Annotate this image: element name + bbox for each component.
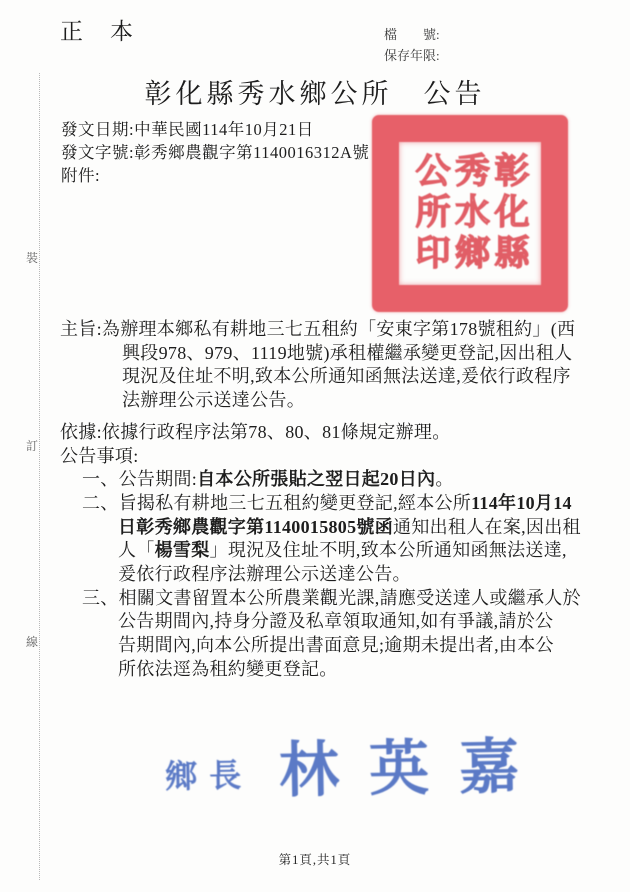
- page-title: 彰化縣秀水鄉公所 公告: [0, 72, 630, 111]
- mayor-name: 林英嘉: [278, 719, 549, 810]
- doc-line: 依據:依據行政程序法第78、80、81條規定辦理。: [60, 421, 594, 445]
- block-item1: 一、公告期間:自本公所張貼之翌日起20日內。: [60, 468, 594, 492]
- issue-date-label: 發文日期:: [61, 120, 134, 139]
- block-item2: 二、旨揭私有耕地三七五租約變更登記,經本公所114年10月14日彰秀鄉農觀字第1…: [60, 492, 594, 587]
- attachment-label: 附件:: [61, 166, 100, 185]
- binding-dotted-line: [39, 73, 40, 880]
- doc-line: 興段978、979、1119地號)承租權繼承變更登記,因出租人: [60, 342, 594, 366]
- attachment-row: 附件:: [61, 164, 369, 187]
- doc-line: 人「楊雪梨」現況及住址不明,致本公所通知函無法送達,: [60, 539, 594, 563]
- binding-mark-zhuang: 裝: [26, 249, 38, 266]
- doc-line: 主旨:為辦理本鄉私有耕地三七五租約「安東字第178號租約」(西: [60, 318, 594, 342]
- document-body: 主旨:為辦理本鄉私有耕地三七五租約「安東字第178號租約」(西興段978、979…: [60, 318, 594, 682]
- document-meta: 發文日期:中華民國114年10月21日 發文字號:彰秀鄉農觀字第11400163…: [61, 118, 369, 187]
- doc-line: 二、旨揭私有耕地三七五租約變更登記,經本公所114年10月14: [60, 492, 594, 516]
- doc-line: 一、公告期間:自本公所張貼之翌日起20日內。: [60, 468, 594, 492]
- doc-line: 告期間內,向本公所提出書面意見;逾期未提出者,由本公: [60, 634, 594, 658]
- mayor-signature-stamp: 鄉長 林英嘉: [164, 719, 549, 812]
- binding-mark-xian: 線: [26, 633, 38, 650]
- seal-column-left: 公所印: [413, 152, 448, 275]
- doc-line: 所依法逕為租約變更登記。: [60, 658, 594, 682]
- seal-text: 彰化縣 秀水鄉 公所印: [409, 152, 531, 275]
- doc-line: 公告期間內,持身分證及私章領取通知,如有爭議,請於公: [60, 610, 594, 634]
- doc-line: 日彰秀鄉農觀字第1140015805號函通知出租人在案,因出租: [60, 516, 594, 540]
- doc-number-value: 彰秀鄉農觀字第1140016312A號: [134, 143, 369, 162]
- archive-labels: 檔 號: 保存年限:: [384, 24, 440, 66]
- seal-column-middle: 秀水鄉: [453, 152, 488, 275]
- announcement-document: 正 本 檔 號: 保存年限: 彰化縣秀水鄉公所 公告 發文日期:中華民國114年…: [0, 0, 630, 892]
- doc-line: 法辦理公示送達公告。: [60, 389, 594, 413]
- seal-column-right: 彰化縣: [492, 152, 527, 275]
- mayor-title: 鄉長: [165, 750, 254, 798]
- block-item3: 三、相關文書留置本公所農業觀光課,請應受送達人或繼承人於公告期間內,持身分證及私…: [60, 587, 594, 682]
- doc-number-row: 發文字號:彰秀鄉農觀字第1140016312A號: [61, 141, 369, 164]
- binding-mark-ding: 訂: [26, 437, 38, 454]
- doc-line: 公告事項:: [60, 445, 594, 469]
- retention-period-label: 保存年限:: [384, 45, 440, 66]
- doc-line: 現況及住址不明,致本公所通知函無法送達,爰依行政程序: [60, 365, 594, 389]
- page-number: 第1頁,共1頁: [0, 850, 630, 868]
- official-seal: 彰化縣 秀水鄉 公所印: [372, 115, 568, 312]
- issue-date-value: 中華民國114年10月21日: [134, 120, 314, 139]
- file-number-label: 檔 號:: [384, 24, 440, 45]
- doc-line: 三、相關文書留置本公所農業觀光課,請應受送達人或繼承人於: [60, 587, 594, 611]
- block-basis: 依據:依據行政程序法第78、80、81條規定辦理。: [60, 421, 594, 445]
- issue-date-row: 發文日期:中華民國114年10月21日: [61, 118, 369, 141]
- block-announce-label: 公告事項:: [60, 445, 594, 469]
- doc-line: 爰依行政程序法辦理公示送達公告。: [60, 563, 594, 587]
- copy-type-label: 正 本: [60, 13, 135, 46]
- block-subject: 主旨:為辦理本鄉私有耕地三七五租約「安東字第178號租約」(西興段978、979…: [60, 318, 594, 413]
- doc-number-label: 發文字號:: [61, 143, 134, 162]
